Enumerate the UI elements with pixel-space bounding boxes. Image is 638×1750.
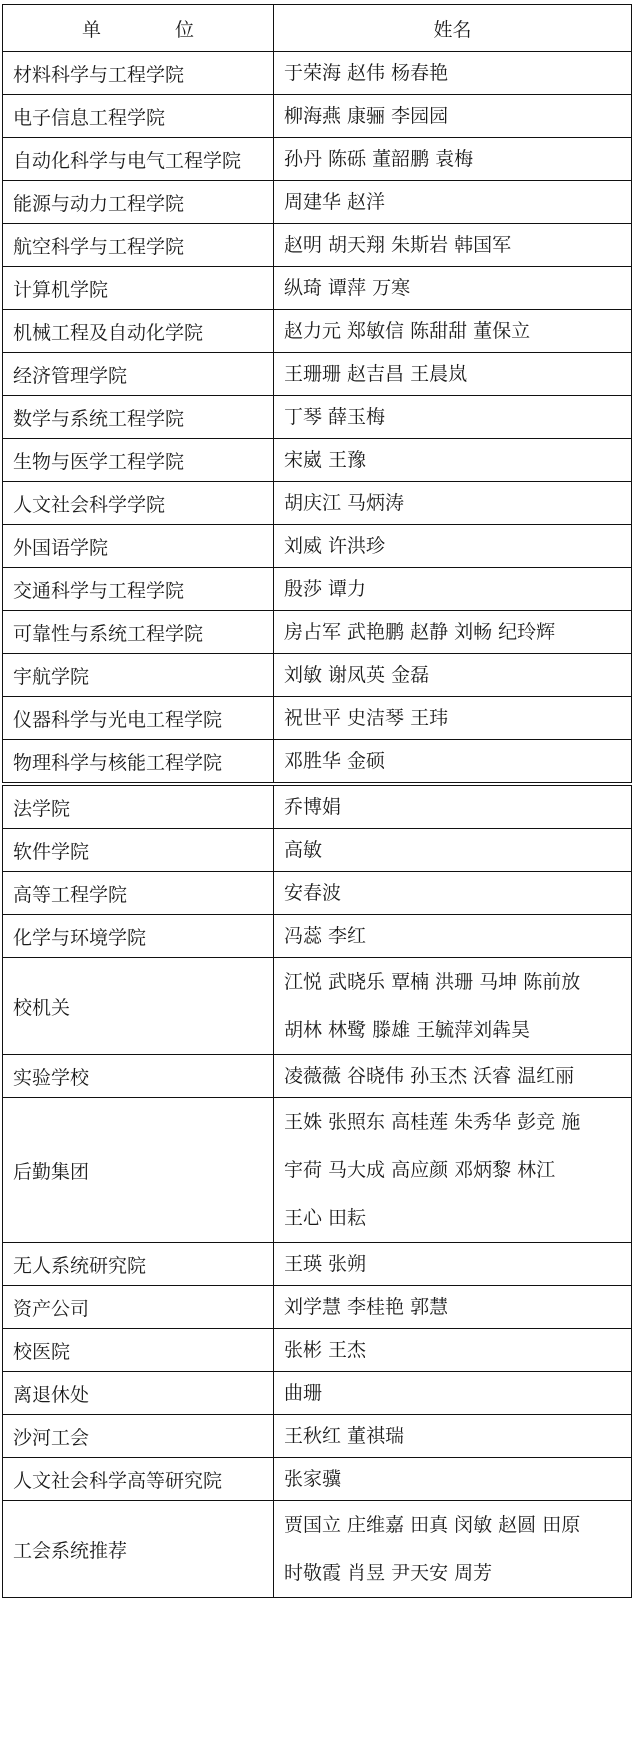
table-row: 软件学院高敏 bbox=[3, 829, 632, 872]
unit-name-table: 单 位 姓名 材料科学与工程学院于荣海 赵伟 杨春艳电子信息工程学院柳海燕 康骊… bbox=[2, 4, 632, 1598]
names-line: 乔博娟 bbox=[284, 786, 621, 828]
unit-cell: 交通科学与工程学院 bbox=[3, 568, 274, 611]
table-row: 能源与动力工程学院周建华 赵洋 bbox=[3, 181, 632, 224]
names-cell: 孙丹 陈砾 董韶鹏 袁梅 bbox=[274, 138, 632, 181]
names-cell: 贾国立 庄维嘉 田真 闵敏 赵圆 田原时敬霞 肖昱 尹天安 周芳 bbox=[274, 1501, 632, 1598]
unit-cell: 化学与环境学院 bbox=[3, 915, 274, 958]
names-cell: 刘威 许洪珍 bbox=[274, 525, 632, 568]
names-cell: 赵力元 郑敏信 陈甜甜 董保立 bbox=[274, 310, 632, 353]
names-line: 时敬霞 肖昱 尹天安 周芳 bbox=[284, 1549, 621, 1597]
unit-cell: 实验学校 bbox=[3, 1055, 274, 1098]
names-line: 王秋红 董祺瑞 bbox=[284, 1415, 621, 1457]
table-header-row: 单 位 姓名 bbox=[3, 5, 632, 52]
names-line: 安春波 bbox=[284, 872, 621, 914]
names-cell: 房占军 武艳鹏 赵静 刘畅 纪玲辉 bbox=[274, 611, 632, 654]
table-row: 沙河工会王秋红 董祺瑞 bbox=[3, 1415, 632, 1458]
table-row: 航空科学与工程学院赵明 胡天翔 朱斯岩 韩国军 bbox=[3, 224, 632, 267]
names-cell: 邓胜华 金硕 bbox=[274, 740, 632, 785]
names-cell: 曲珊 bbox=[274, 1372, 632, 1415]
unit-cell: 沙河工会 bbox=[3, 1415, 274, 1458]
names-line: 孙丹 陈砾 董韶鹏 袁梅 bbox=[284, 138, 621, 180]
names-line: 殷莎 谭力 bbox=[284, 568, 621, 610]
names-line: 王姝 张照东 高桂莲 朱秀华 彭竞 施 bbox=[284, 1098, 621, 1146]
names-line: 房占军 武艳鹏 赵静 刘畅 纪玲辉 bbox=[284, 611, 621, 653]
unit-cell: 生物与医学工程学院 bbox=[3, 439, 274, 482]
unit-cell: 经济管理学院 bbox=[3, 353, 274, 396]
unit-cell: 资产公司 bbox=[3, 1286, 274, 1329]
names-cell: 王珊珊 赵吉昌 王晨岚 bbox=[274, 353, 632, 396]
names-line: 周建华 赵洋 bbox=[284, 181, 621, 223]
table-row: 资产公司刘学慧 李桂艳 郭慧 bbox=[3, 1286, 632, 1329]
names-line: 贾国立 庄维嘉 田真 闵敏 赵圆 田原 bbox=[284, 1501, 621, 1549]
table-row: 实验学校凌薇薇 谷晓伟 孙玉杰 沃睿 温红丽 bbox=[3, 1055, 632, 1098]
header-unit: 单 位 bbox=[3, 5, 274, 52]
names-cell: 王秋红 董祺瑞 bbox=[274, 1415, 632, 1458]
names-cell: 柳海燕 康骊 李园园 bbox=[274, 95, 632, 138]
names-line: 胡林 林鹭 滕雄 王毓萍刘犇昊 bbox=[284, 1006, 621, 1054]
names-line: 冯蕊 李红 bbox=[284, 915, 621, 957]
table-row: 离退休处曲珊 bbox=[3, 1372, 632, 1415]
names-line: 赵力元 郑敏信 陈甜甜 董保立 bbox=[284, 310, 621, 352]
table-row: 工会系统推荐贾国立 庄维嘉 田真 闵敏 赵圆 田原时敬霞 肖昱 尹天安 周芳 bbox=[3, 1501, 632, 1598]
names-line: 宋崴 王豫 bbox=[284, 439, 621, 481]
unit-cell: 可靠性与系统工程学院 bbox=[3, 611, 274, 654]
names-line: 柳海燕 康骊 李园园 bbox=[284, 95, 621, 137]
names-cell: 凌薇薇 谷晓伟 孙玉杰 沃睿 温红丽 bbox=[274, 1055, 632, 1098]
unit-cell: 校医院 bbox=[3, 1329, 274, 1372]
unit-cell: 工会系统推荐 bbox=[3, 1501, 274, 1598]
names-line: 赵明 胡天翔 朱斯岩 韩国军 bbox=[284, 224, 621, 266]
unit-cell: 仪器科学与光电工程学院 bbox=[3, 697, 274, 740]
unit-cell: 人文社会科学高等研究院 bbox=[3, 1458, 274, 1501]
table-row: 电子信息工程学院柳海燕 康骊 李园园 bbox=[3, 95, 632, 138]
table-row: 自动化科学与电气工程学院孙丹 陈砾 董韶鹏 袁梅 bbox=[3, 138, 632, 181]
names-line: 邓胜华 金硕 bbox=[284, 740, 621, 782]
names-cell: 冯蕊 李红 bbox=[274, 915, 632, 958]
names-cell: 刘敏 谢凤英 金磊 bbox=[274, 654, 632, 697]
unit-cell: 离退休处 bbox=[3, 1372, 274, 1415]
table-row: 法学院乔博娟 bbox=[3, 784, 632, 829]
table-row: 仪器科学与光电工程学院祝世平 史洁琴 王玮 bbox=[3, 697, 632, 740]
table-row: 材料科学与工程学院于荣海 赵伟 杨春艳 bbox=[3, 52, 632, 95]
unit-cell: 宇航学院 bbox=[3, 654, 274, 697]
table-row: 化学与环境学院冯蕊 李红 bbox=[3, 915, 632, 958]
names-line: 凌薇薇 谷晓伟 孙玉杰 沃睿 温红丽 bbox=[284, 1055, 621, 1097]
names-cell: 王姝 张照东 高桂莲 朱秀华 彭竞 施宇荷 马大成 高应颜 邓炳黎 林江王心 田… bbox=[274, 1098, 632, 1243]
header-names: 姓名 bbox=[274, 5, 632, 52]
names-cell: 赵明 胡天翔 朱斯岩 韩国军 bbox=[274, 224, 632, 267]
unit-cell: 材料科学与工程学院 bbox=[3, 52, 274, 95]
table-row: 人文社会科学学院胡庆江 马炳涛 bbox=[3, 482, 632, 525]
unit-cell: 外国语学院 bbox=[3, 525, 274, 568]
names-line: 刘学慧 李桂艳 郭慧 bbox=[284, 1286, 621, 1328]
unit-cell: 无人系统研究院 bbox=[3, 1243, 274, 1286]
names-cell: 安春波 bbox=[274, 872, 632, 915]
names-line: 高敏 bbox=[284, 829, 621, 871]
table-row: 交通科学与工程学院殷莎 谭力 bbox=[3, 568, 632, 611]
names-line: 刘敏 谢凤英 金磊 bbox=[284, 654, 621, 696]
unit-cell: 电子信息工程学院 bbox=[3, 95, 274, 138]
table-row: 后勤集团王姝 张照东 高桂莲 朱秀华 彭竞 施宇荷 马大成 高应颜 邓炳黎 林江… bbox=[3, 1098, 632, 1243]
names-cell: 宋崴 王豫 bbox=[274, 439, 632, 482]
table-row: 宇航学院刘敏 谢凤英 金磊 bbox=[3, 654, 632, 697]
names-cell: 刘学慧 李桂艳 郭慧 bbox=[274, 1286, 632, 1329]
unit-cell: 航空科学与工程学院 bbox=[3, 224, 274, 267]
names-line: 王心 田耘 bbox=[284, 1194, 621, 1242]
unit-cell: 自动化科学与电气工程学院 bbox=[3, 138, 274, 181]
unit-cell: 软件学院 bbox=[3, 829, 274, 872]
names-cell: 张彬 王杰 bbox=[274, 1329, 632, 1372]
names-line: 纵琦 谭萍 万寒 bbox=[284, 267, 621, 309]
names-line: 宇荷 马大成 高应颜 邓炳黎 林江 bbox=[284, 1146, 621, 1194]
names-line: 胡庆江 马炳涛 bbox=[284, 482, 621, 524]
names-cell: 乔博娟 bbox=[274, 784, 632, 829]
unit-cell: 人文社会科学学院 bbox=[3, 482, 274, 525]
table-row: 校医院张彬 王杰 bbox=[3, 1329, 632, 1372]
names-cell: 高敏 bbox=[274, 829, 632, 872]
names-cell: 于荣海 赵伟 杨春艳 bbox=[274, 52, 632, 95]
names-cell: 江悦 武晓乐 覃楠 洪珊 马坤 陈前放胡林 林鹭 滕雄 王毓萍刘犇昊 bbox=[274, 958, 632, 1055]
table-row: 高等工程学院安春波 bbox=[3, 872, 632, 915]
names-cell: 周建华 赵洋 bbox=[274, 181, 632, 224]
unit-cell: 数学与系统工程学院 bbox=[3, 396, 274, 439]
unit-cell: 高等工程学院 bbox=[3, 872, 274, 915]
names-line: 祝世平 史洁琴 王玮 bbox=[284, 697, 621, 739]
table-row: 物理科学与核能工程学院邓胜华 金硕 bbox=[3, 740, 632, 785]
unit-cell: 物理科学与核能工程学院 bbox=[3, 740, 274, 785]
unit-cell: 校机关 bbox=[3, 958, 274, 1055]
names-cell: 王瑛 张朔 bbox=[274, 1243, 632, 1286]
unit-cell: 机械工程及自动化学院 bbox=[3, 310, 274, 353]
unit-cell: 能源与动力工程学院 bbox=[3, 181, 274, 224]
names-cell: 胡庆江 马炳涛 bbox=[274, 482, 632, 525]
names-cell: 祝世平 史洁琴 王玮 bbox=[274, 697, 632, 740]
table-row: 无人系统研究院王瑛 张朔 bbox=[3, 1243, 632, 1286]
table-row: 生物与医学工程学院宋崴 王豫 bbox=[3, 439, 632, 482]
unit-cell: 计算机学院 bbox=[3, 267, 274, 310]
names-line: 张家骥 bbox=[284, 1458, 621, 1500]
table-row: 人文社会科学高等研究院张家骥 bbox=[3, 1458, 632, 1501]
names-cell: 张家骥 bbox=[274, 1458, 632, 1501]
names-cell: 丁琴 薛玉梅 bbox=[274, 396, 632, 439]
table-row: 数学与系统工程学院丁琴 薛玉梅 bbox=[3, 396, 632, 439]
table-row: 机械工程及自动化学院赵力元 郑敏信 陈甜甜 董保立 bbox=[3, 310, 632, 353]
unit-cell: 后勤集团 bbox=[3, 1098, 274, 1243]
names-line: 张彬 王杰 bbox=[284, 1329, 621, 1371]
names-line: 刘威 许洪珍 bbox=[284, 525, 621, 567]
names-line: 王珊珊 赵吉昌 王晨岚 bbox=[284, 353, 621, 395]
table-row: 计算机学院纵琦 谭萍 万寒 bbox=[3, 267, 632, 310]
names-cell: 纵琦 谭萍 万寒 bbox=[274, 267, 632, 310]
names-cell: 殷莎 谭力 bbox=[274, 568, 632, 611]
names-line: 江悦 武晓乐 覃楠 洪珊 马坤 陈前放 bbox=[284, 958, 621, 1006]
unit-cell: 法学院 bbox=[3, 784, 274, 829]
table-row: 校机关江悦 武晓乐 覃楠 洪珊 马坤 陈前放胡林 林鹭 滕雄 王毓萍刘犇昊 bbox=[3, 958, 632, 1055]
names-line: 丁琴 薛玉梅 bbox=[284, 396, 621, 438]
names-line: 王瑛 张朔 bbox=[284, 1243, 621, 1285]
table-row: 经济管理学院王珊珊 赵吉昌 王晨岚 bbox=[3, 353, 632, 396]
table-row: 外国语学院刘威 许洪珍 bbox=[3, 525, 632, 568]
names-line: 于荣海 赵伟 杨春艳 bbox=[284, 52, 621, 94]
names-line: 曲珊 bbox=[284, 1372, 621, 1414]
header-unit-label: 单 位 bbox=[48, 19, 228, 41]
table-row: 可靠性与系统工程学院房占军 武艳鹏 赵静 刘畅 纪玲辉 bbox=[3, 611, 632, 654]
